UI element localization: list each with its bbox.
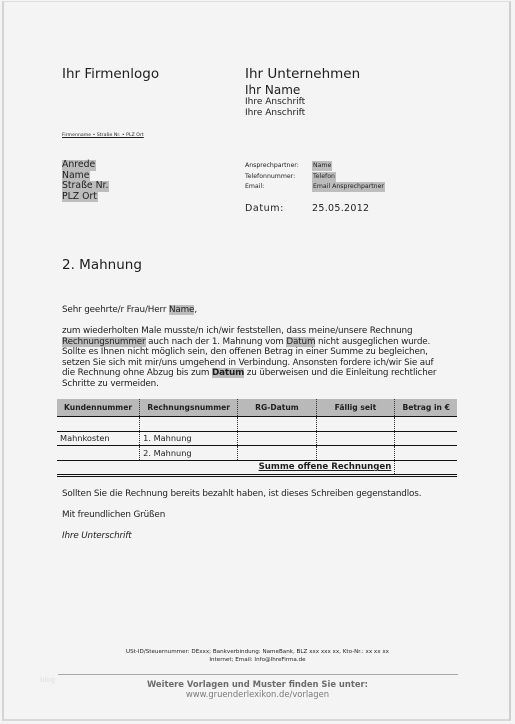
body-line-3: Sollte es Ihnen nicht möglich sein, den … — [62, 347, 428, 357]
signature: Ihre Unterschrift — [62, 531, 132, 542]
body-line-2: auch nach der 1. Mahnung vom — [146, 337, 287, 347]
table-cell — [395, 446, 457, 461]
table-cell: Mahnkosten — [57, 431, 140, 446]
reminder-date-field: Datum — [286, 337, 315, 347]
table-cell — [238, 446, 316, 461]
table-cell — [57, 417, 140, 432]
table-cell: 2. Mahnung — [140, 446, 238, 461]
salutation-name-field: Name — [169, 305, 194, 315]
company-logo-placeholder: Ihr Firmenlogo — [62, 66, 159, 82]
body-line-5-end: zu überweisen und die Einleitung rechtli… — [244, 368, 436, 378]
sender-return-line: Firmenname • Straße Nr. • PLZ Ort — [62, 133, 144, 138]
column-header: RG-Datum — [238, 399, 316, 417]
body-paragraph: zum wiederholten Male musste/n ich/wir f… — [62, 326, 436, 390]
company-name: Ihr Unternehmen — [245, 66, 360, 82]
table-cell — [238, 417, 316, 432]
contact-email-value: Email Ansprechpartner — [312, 182, 385, 192]
table-cell — [395, 417, 457, 432]
sender-address-line-2: Ihre Anschrift — [245, 108, 305, 119]
footer-legal: USt-ID/Steuernummer: DExxx; Bankverbindu… — [0, 648, 515, 664]
table-cell — [57, 446, 140, 461]
table-cell — [238, 431, 316, 446]
contact-email-label: Email: — [245, 183, 264, 190]
body-line-6: Schritte zu vermeiden. — [62, 379, 159, 389]
body-line-4: setzen Sie sich mit mir/uns umgehend in … — [62, 358, 433, 368]
contact-phone: Telefonnummer: Telefon — [245, 172, 295, 182]
contact-person-label: Ansprechpartner: — [245, 162, 299, 169]
sender-name: Ihr Name — [245, 84, 300, 96]
table-cell — [316, 431, 395, 446]
closing-note: Sollten Sie die Rechnung bereits bezahlt… — [62, 489, 421, 500]
sum-value — [395, 460, 457, 476]
closing-greeting: Mit freundlichen Grüßen — [62, 510, 165, 521]
sender-address-line-1: Ihre Anschrift — [245, 97, 305, 108]
footer-promo: Weitere Vorlagen und Muster finden Sie u… — [0, 679, 515, 699]
letter-heading: 2. Mahnung — [62, 257, 142, 273]
salutation-end: , — [194, 305, 197, 315]
contact-person: Ansprechpartner: Name — [245, 161, 299, 171]
table-row — [57, 417, 457, 432]
footer-bank-info: USt-ID/Steuernummer: DExxx; Bankverbindu… — [126, 649, 389, 655]
sum-label: Summe offene Rechnungen — [57, 460, 395, 476]
contact-phone-label: Telefonnummer: — [245, 173, 295, 180]
table-cell — [316, 446, 395, 461]
body-line-5: die Rechnung ohne Abzug bis zum — [62, 368, 212, 378]
table-row: Mahnkosten 1. Mahnung — [57, 431, 457, 446]
column-header: Rechnungsnummer — [140, 399, 238, 417]
table-sum-row: Summe offene Rechnungen — [57, 460, 457, 476]
promo-title: Weitere Vorlagen und Muster finden Sie u… — [147, 679, 368, 689]
contact-email: Email: Email Ansprechpartner — [245, 182, 264, 192]
salutation: Sehr geehrte/r Frau/Herr Name, — [62, 305, 197, 316]
table-cell — [140, 417, 238, 432]
contact-person-value: Name — [312, 161, 332, 171]
recipient-street: Straße Nr. — [62, 181, 109, 192]
body-line-2-end: nicht ausgeglichen wurde. — [315, 337, 430, 347]
footer-divider — [58, 674, 458, 675]
column-header: Kundennummer — [57, 399, 140, 417]
table-row: 2. Mahnung — [57, 446, 457, 461]
invoice-number-field: Rechnungsnummer — [62, 337, 146, 347]
table-cell — [395, 431, 457, 446]
salutation-text: Sehr geehrte/r Frau/Herr — [62, 305, 169, 315]
contact-phone-value: Telefon — [312, 172, 336, 182]
body-line-1: zum wiederholten Male musste/n ich/wir f… — [62, 326, 412, 336]
footer-contact-info: Internet; Email: Info@IhreFirma.de — [209, 657, 305, 663]
column-header: Betrag in € — [395, 399, 457, 417]
date-value: 25.05.2012 — [312, 203, 369, 214]
table-cell: 1. Mahnung — [140, 431, 238, 446]
table-header-row: Kundennummer Rechnungsnummer RG-Datum Fä… — [57, 399, 457, 417]
column-header: Fällig seit — [316, 399, 395, 417]
promo-url[interactable]: www.gruenderlexikon.de/vorlagen — [186, 689, 329, 699]
recipient-block: Anrede Name Straße Nr. PLZ Ort — [62, 160, 109, 202]
table-cell — [316, 417, 395, 432]
deadline-date-field: Datum — [212, 368, 244, 378]
date-label: Datum: — [245, 203, 284, 214]
recipient-salutation: Anrede — [62, 160, 96, 171]
invoice-table: Kundennummer Rechnungsnummer RG-Datum Fä… — [57, 399, 457, 477]
recipient-city: PLZ Ort — [62, 192, 98, 203]
